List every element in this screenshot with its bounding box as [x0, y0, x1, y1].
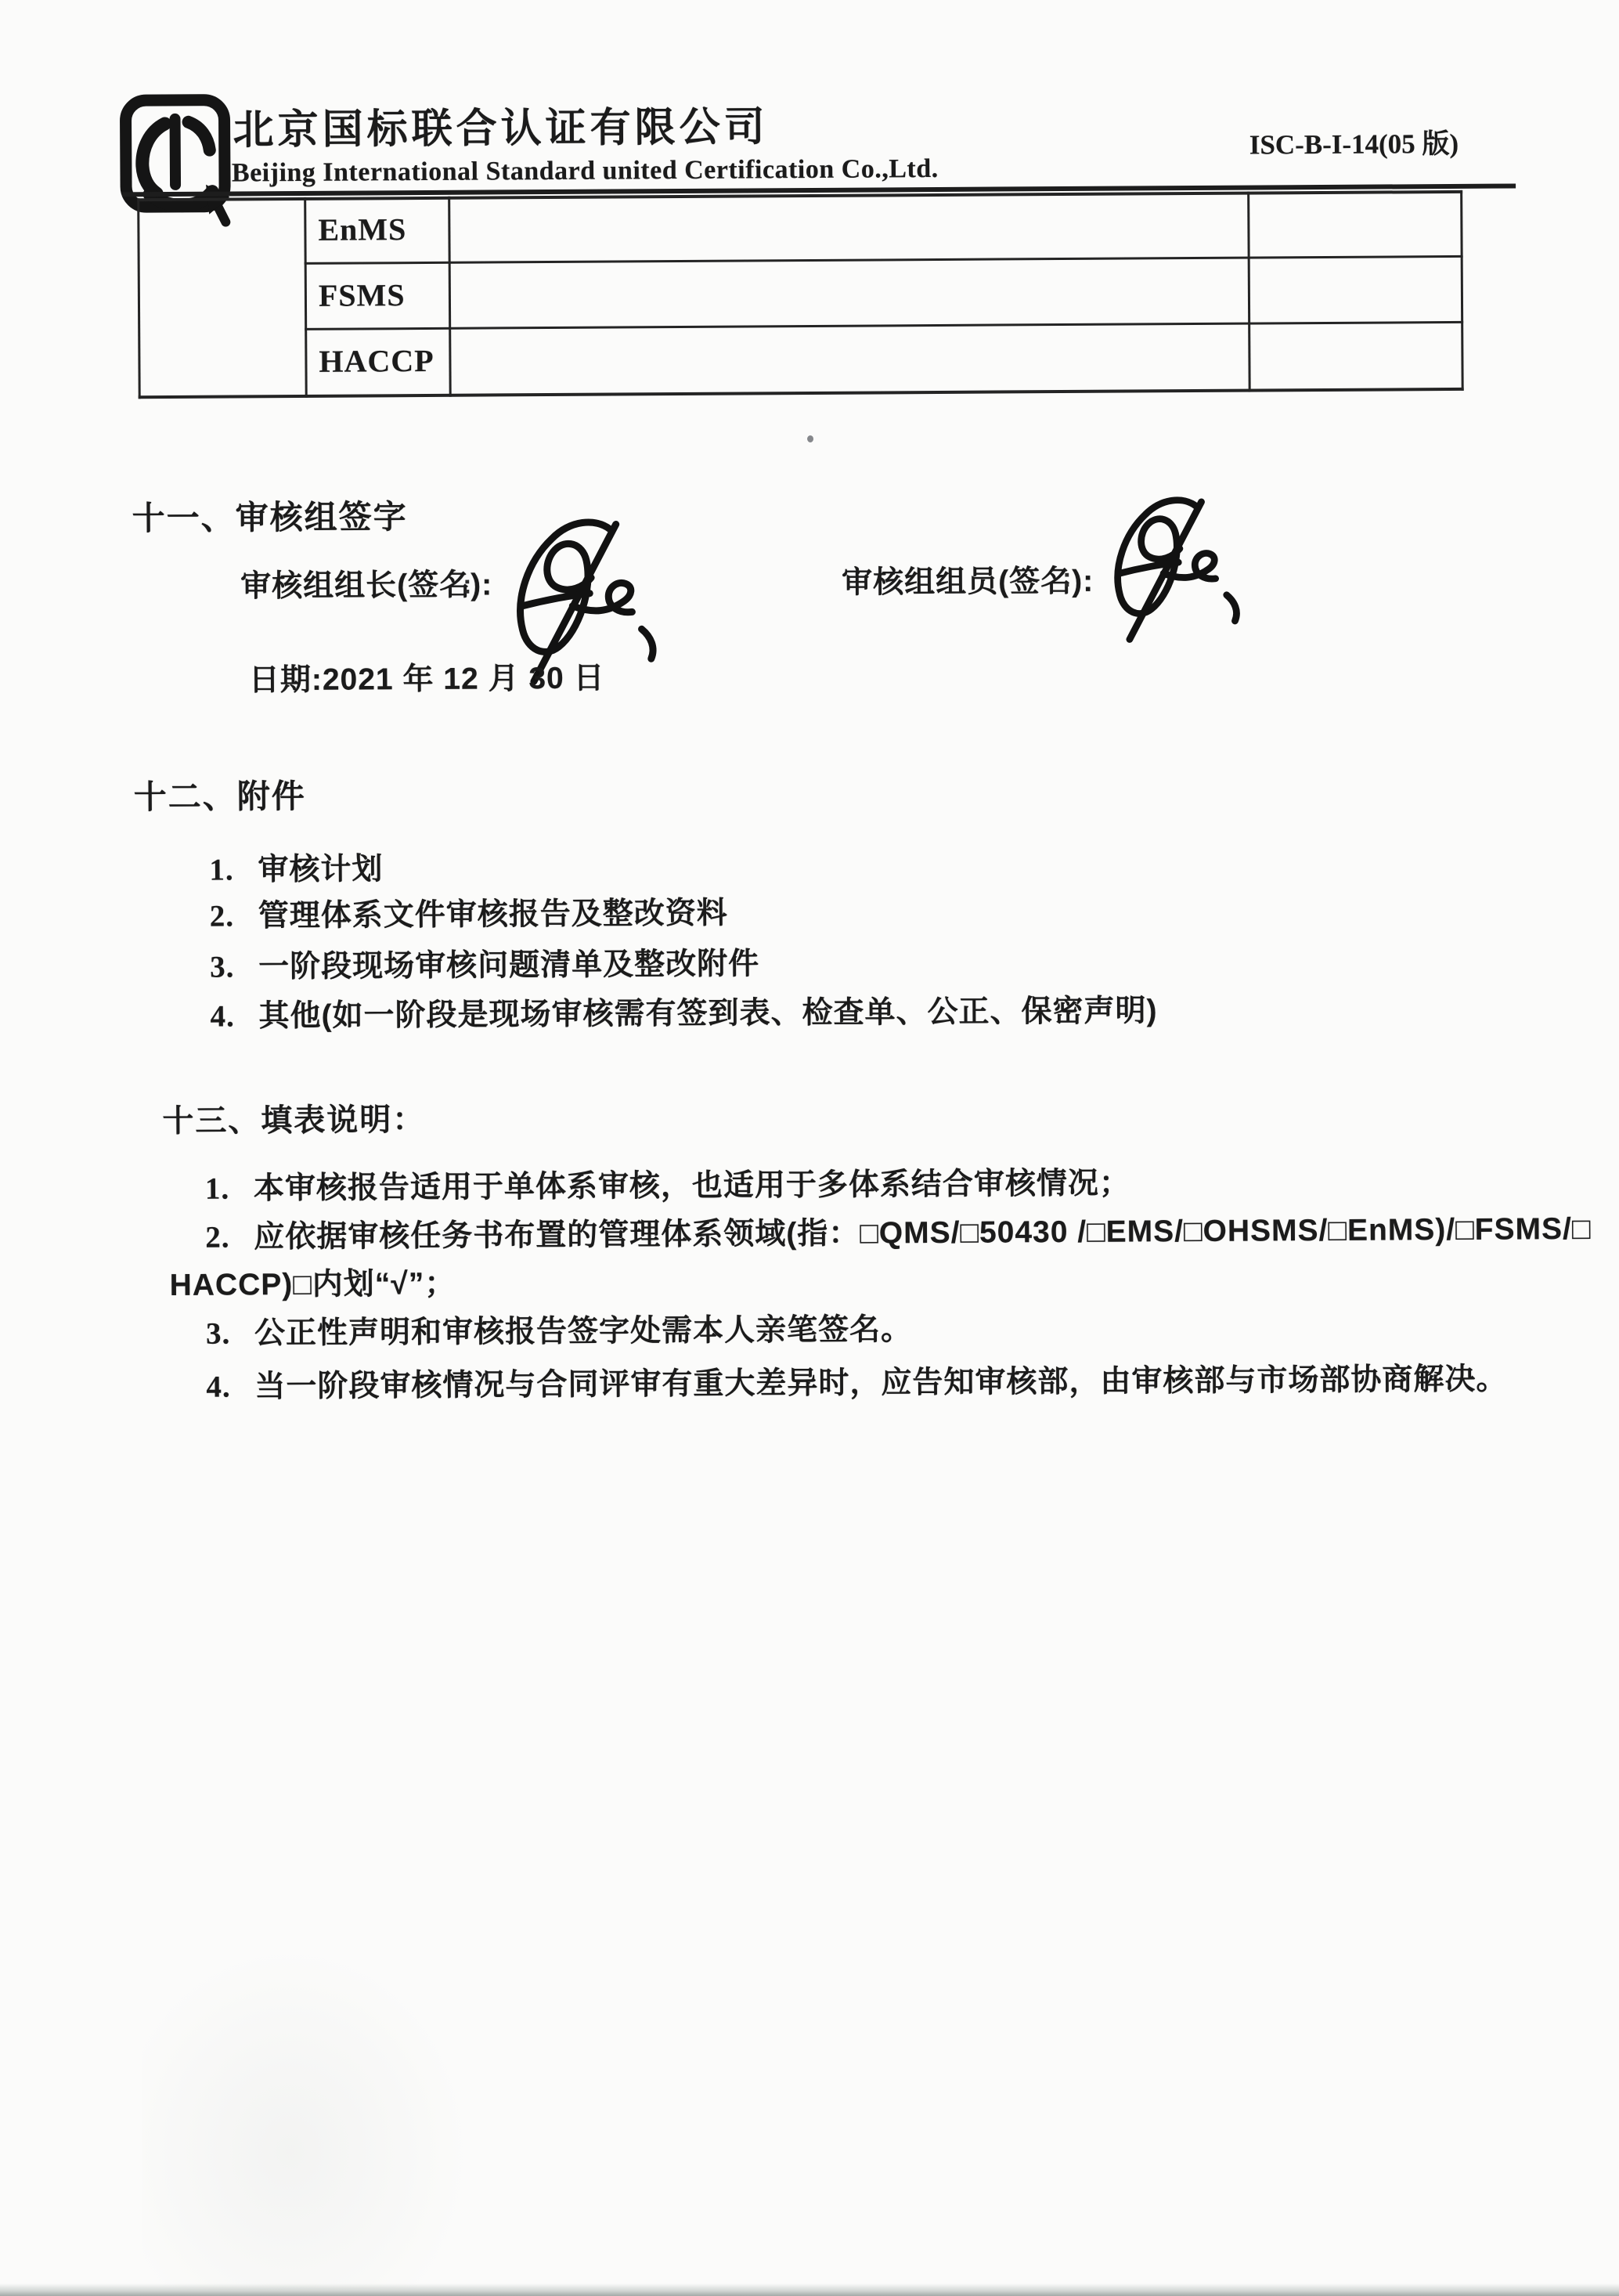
member-signature — [1080, 491, 1246, 656]
table-bottom-border — [139, 388, 1464, 399]
item-text: 一阶段现场审核问题清单及整改附件 — [258, 947, 759, 984]
item-number: 2. — [205, 1219, 254, 1255]
item-number: 1. — [205, 1171, 254, 1207]
attachment-item: 1.审核计划 — [209, 851, 383, 888]
company-name-cn: 北京国标联合认证有限公司 — [233, 103, 768, 155]
attachment-item: 3.一阶段现场审核问题清单及整改附件 — [210, 946, 759, 985]
instruction-item: 3.公正性声明和审核报告签字处需本人亲笔签名。 — [206, 1312, 912, 1352]
item-text: 当一阶段审核情况与合同评审有重大差异时，应告知审核部，由审核部与市场部协商解决。 — [254, 1363, 1507, 1404]
item-text: HACCP)□内划“√”； — [170, 1267, 456, 1302]
company-logo-icon — [117, 92, 236, 233]
doc-code: ISC-B-I-14(05 版) — [1249, 128, 1459, 161]
table-cell-value — [460, 338, 1235, 342]
section-11-title: 十一、审核组签字 — [132, 497, 408, 538]
item-number: 3. — [210, 949, 258, 985]
member-signature-label: 审核组组员(签名): — [842, 564, 1094, 601]
scanned-audit-report-page: 北京国标联合认证有限公司 Beijing International Stand… — [0, 0, 1619, 2296]
item-text: 应依据审核任务书布置的管理体系领域(指：□QMS/□50430 /□EMS/□O… — [254, 1212, 1591, 1254]
item-text: 审核计划 — [258, 852, 383, 886]
company-name-en: Beijing International Standard united Ce… — [232, 153, 939, 190]
item-number: 1. — [209, 852, 258, 888]
section-12-title: 十二、附件 — [134, 777, 306, 817]
item-text: 本审核报告适用于单体系审核，也适用于多体系结合审核情况； — [254, 1167, 1130, 1206]
section-13-title: 十三、填表说明： — [162, 1102, 425, 1140]
item-number: 3. — [206, 1316, 254, 1352]
ink-mark: : — [1062, 562, 1072, 594]
table-row-label-fsms: FSMS — [319, 276, 406, 314]
scan-speck — [807, 435, 813, 442]
paper-sheet: 北京国标联合认证有限公司 Beijing International Stand… — [0, 0, 1619, 2296]
date-line: 日期:2021 年 12 月 30 日 — [249, 661, 605, 699]
leader-signature-label: 审核组组长(签名): — [240, 567, 492, 605]
scan-edge-shadow — [0, 2283, 1619, 2296]
item-text: 公正性声明和审核报告签字处需本人亲笔签名。 — [254, 1312, 912, 1350]
item-text: 其他(如一阶段是现场审核需有签到表、检查单、公正、保密声明) — [258, 994, 1157, 1033]
table-cell-value — [460, 272, 1235, 276]
table-row-divider — [305, 255, 1463, 265]
item-number: 4. — [206, 1369, 254, 1405]
ink-mark: : — [463, 569, 472, 601]
table-column-divider — [448, 197, 452, 397]
table-right-border — [1460, 190, 1464, 391]
continuation-table: EnMS FSMS HACCP — [0, 0, 1615, 5]
table-row-divider — [305, 321, 1463, 330]
instruction-item: 4.当一阶段审核情况与合同评审有重大差异时，应告知审核部，由审核部与市场部协商解… — [206, 1362, 1507, 1406]
instruction-item: 1.本审核报告适用于单体系审核，也适用于多体系结合审核情况； — [205, 1166, 1130, 1208]
item-number: 2. — [210, 898, 258, 934]
instruction-item-wrap-line: HACCP)□内划“√”； — [170, 1266, 456, 1304]
item-text: 管理体系文件审核报告及整改资料 — [258, 897, 728, 933]
scan-shadow-blotch — [141, 1944, 472, 2291]
table-cell-value — [459, 206, 1234, 211]
instruction-item: 2.应依据审核任务书布置的管理体系领域(指：□QMS/□50430 /□EMS/… — [205, 1211, 1591, 1256]
table-column-divider — [304, 197, 308, 398]
attachment-item: 4.其他(如一阶段是现场审核需有签到表、检查单、公正、保密声明) — [210, 993, 1157, 1034]
table-column-divider — [1247, 192, 1251, 392]
attachment-item: 2.管理体系文件审核报告及整改资料 — [210, 896, 728, 935]
table-cell-merged-left — [153, 238, 287, 380]
table-row-label-haccp: HACCP — [319, 342, 434, 380]
item-number: 4. — [210, 998, 258, 1034]
table-row-label-enms: EnMS — [318, 211, 406, 248]
